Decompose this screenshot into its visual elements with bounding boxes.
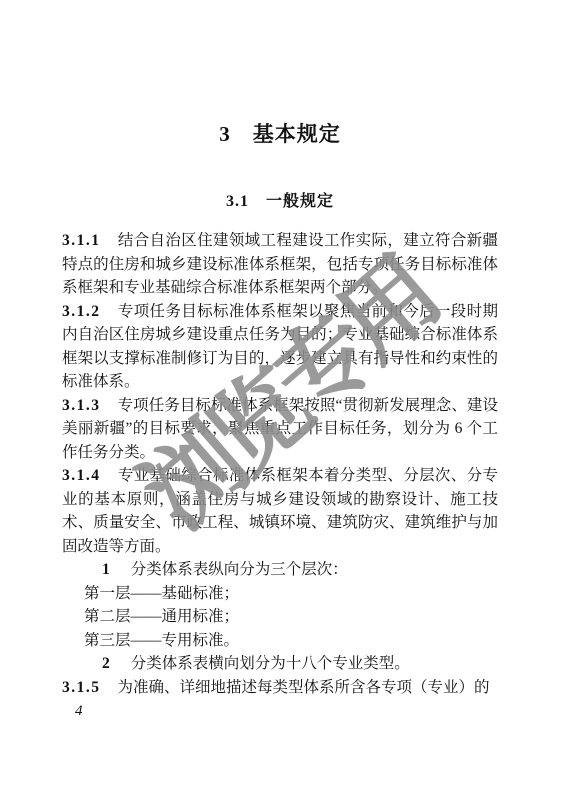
- item-text: 分类体系表横向划分为十八个专业类型。: [131, 655, 410, 672]
- clause-3-1-1: 3.1.1结合自治区住建领域工程建设工作实际，建立符合新疆特点的住房和城乡建设标…: [62, 229, 498, 300]
- layer-line-3: 第三层——专用标准。: [62, 629, 498, 653]
- item-number: 1: [102, 561, 110, 578]
- document-page: 3 基本规定 3.1 一般规定 3.1.1结合自治区住建领域工程建设工作实际，建…: [0, 0, 561, 804]
- layer-line-2: 第二层——通用标准；: [62, 605, 498, 629]
- page-content: 3 基本规定 3.1 一般规定 3.1.1结合自治区住建领域工程建设工作实际，建…: [62, 0, 498, 699]
- clause-text: 为准确、详细地描述每类型体系所含各专项（专业）的: [118, 679, 490, 696]
- clause-number: 3.1.3: [62, 397, 101, 414]
- sub-item-1: 1分类体系表纵向分为三个层次：: [62, 558, 498, 582]
- clause-text: 专业基础综合标准体系框架本着分类型、分层次、分专业的基本原则，涵盖住房与城乡建设…: [62, 467, 498, 555]
- clause-3-1-3: 3.1.3专项任务目标标准体系框架按照“贯彻新发展理念、建设美丽新疆”的目标要求…: [62, 394, 498, 465]
- body-text: 3.1.1结合自治区住建领域工程建设工作实际，建立符合新疆特点的住房和城乡建设标…: [62, 229, 498, 699]
- clause-text: 专项任务目标标准体系框架以聚焦当前和今后一段时期内自治区住房城乡建设重点任务为目…: [62, 303, 498, 391]
- chapter-heading: 3 基本规定: [62, 0, 498, 147]
- clause-number: 3.1.4: [62, 467, 101, 484]
- clause-number: 3.1.1: [62, 232, 101, 249]
- clause-3-1-4: 3.1.4专业基础综合标准体系框架本着分类型、分层次、分专业的基本原则，涵盖住房…: [62, 464, 498, 558]
- page-number: 4: [75, 702, 83, 720]
- item-text: 分类体系表纵向分为三个层次：: [131, 561, 348, 578]
- sub-item-2: 2分类体系表横向划分为十八个专业类型。: [62, 652, 498, 676]
- clause-text: 结合自治区住建领域工程建设工作实际，建立符合新疆特点的住房和城乡建设标准体系框架…: [62, 232, 498, 296]
- layer-line-1: 第一层——基础标准；: [62, 582, 498, 606]
- section-heading: 3.1 一般规定: [62, 192, 498, 212]
- clause-3-1-5: 3.1.5为准确、详细地描述每类型体系所含各专项（专业）的: [62, 676, 498, 700]
- item-number: 2: [102, 655, 110, 672]
- clause-number: 3.1.2: [62, 303, 101, 320]
- clause-text: 专项任务目标标准体系框架按照“贯彻新发展理念、建设美丽新疆”的目标要求，聚焦重点…: [62, 397, 498, 461]
- clause-number: 3.1.5: [62, 679, 101, 696]
- clause-3-1-2: 3.1.2专项任务目标标准体系框架以聚焦当前和今后一段时期内自治区住房城乡建设重…: [62, 300, 498, 394]
